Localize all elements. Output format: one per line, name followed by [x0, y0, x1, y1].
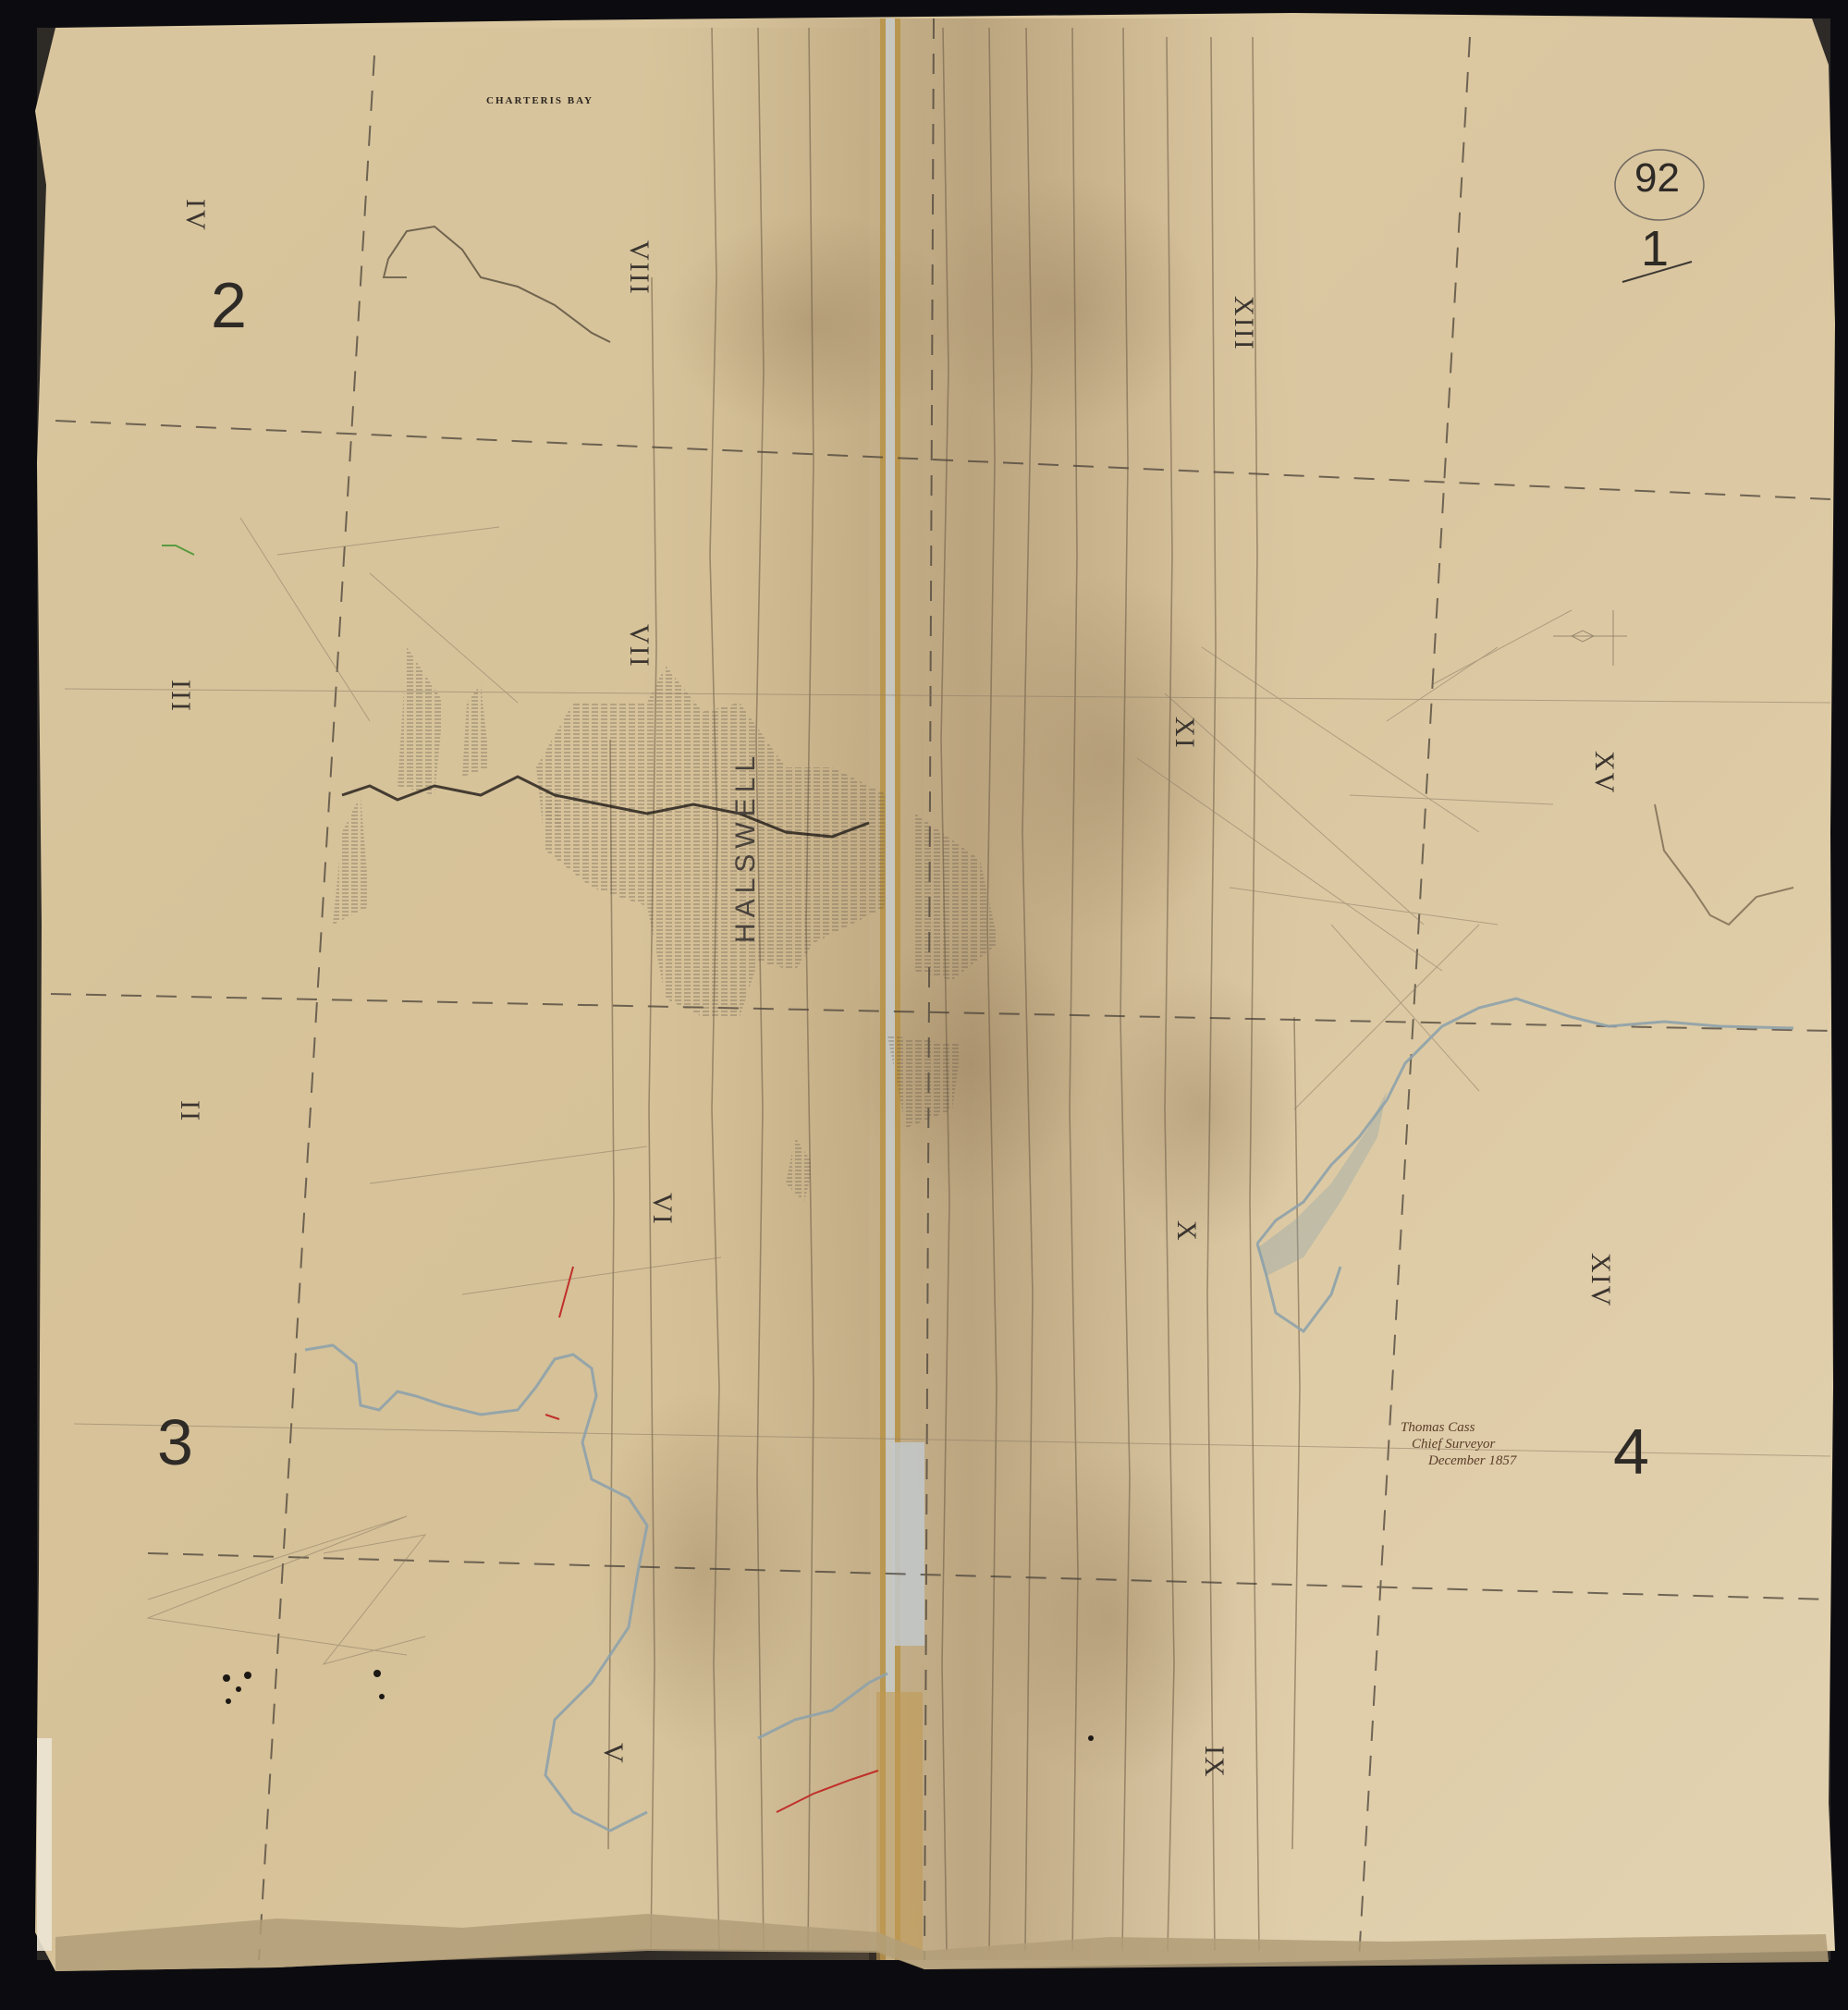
- map-title-halswell: HALSWELL: [730, 751, 762, 943]
- signature-date: December 1857: [1401, 1452, 1516, 1469]
- section-numeral-iv: IV: [179, 199, 211, 232]
- map-sheet: CHARTERIS BAY HALSWELL 92 1 2 3 4 IV III…: [0, 0, 1848, 2010]
- section-numeral-v: V: [597, 1743, 629, 1765]
- catalog-number: 92: [1634, 155, 1680, 202]
- section-numeral-x: X: [1170, 1220, 1202, 1243]
- quadrant-number-2: 2: [211, 268, 247, 342]
- section-numeral-vii: VII: [623, 624, 655, 668]
- section-numeral-xiv: XIV: [1585, 1253, 1616, 1307]
- section-numeral-vi: VI: [646, 1193, 678, 1226]
- section-numeral-ix: IX: [1198, 1746, 1230, 1779]
- section-numeral-xi: XI: [1169, 717, 1200, 750]
- map-canvas: [0, 0, 1848, 2010]
- section-numeral-xv: XV: [1588, 751, 1620, 794]
- section-numeral-xiii: XIII: [1228, 296, 1259, 351]
- section-numeral-viii: VIII: [623, 240, 655, 296]
- quadrant-number-3: 3: [157, 1405, 193, 1479]
- sheet-number-1: 1: [1641, 220, 1669, 277]
- signature-title: Chief Surveyor: [1401, 1436, 1516, 1452]
- place-label-charteris-bay: CHARTERIS BAY: [486, 95, 594, 106]
- surveyor-signature: Thomas Cass Chief Surveyor December 1857: [1401, 1419, 1516, 1469]
- signature-name: Thomas Cass: [1401, 1419, 1516, 1436]
- quadrant-number-4: 4: [1613, 1415, 1649, 1489]
- section-numeral-ii: II: [174, 1100, 205, 1122]
- section-numeral-iii: III: [165, 680, 196, 713]
